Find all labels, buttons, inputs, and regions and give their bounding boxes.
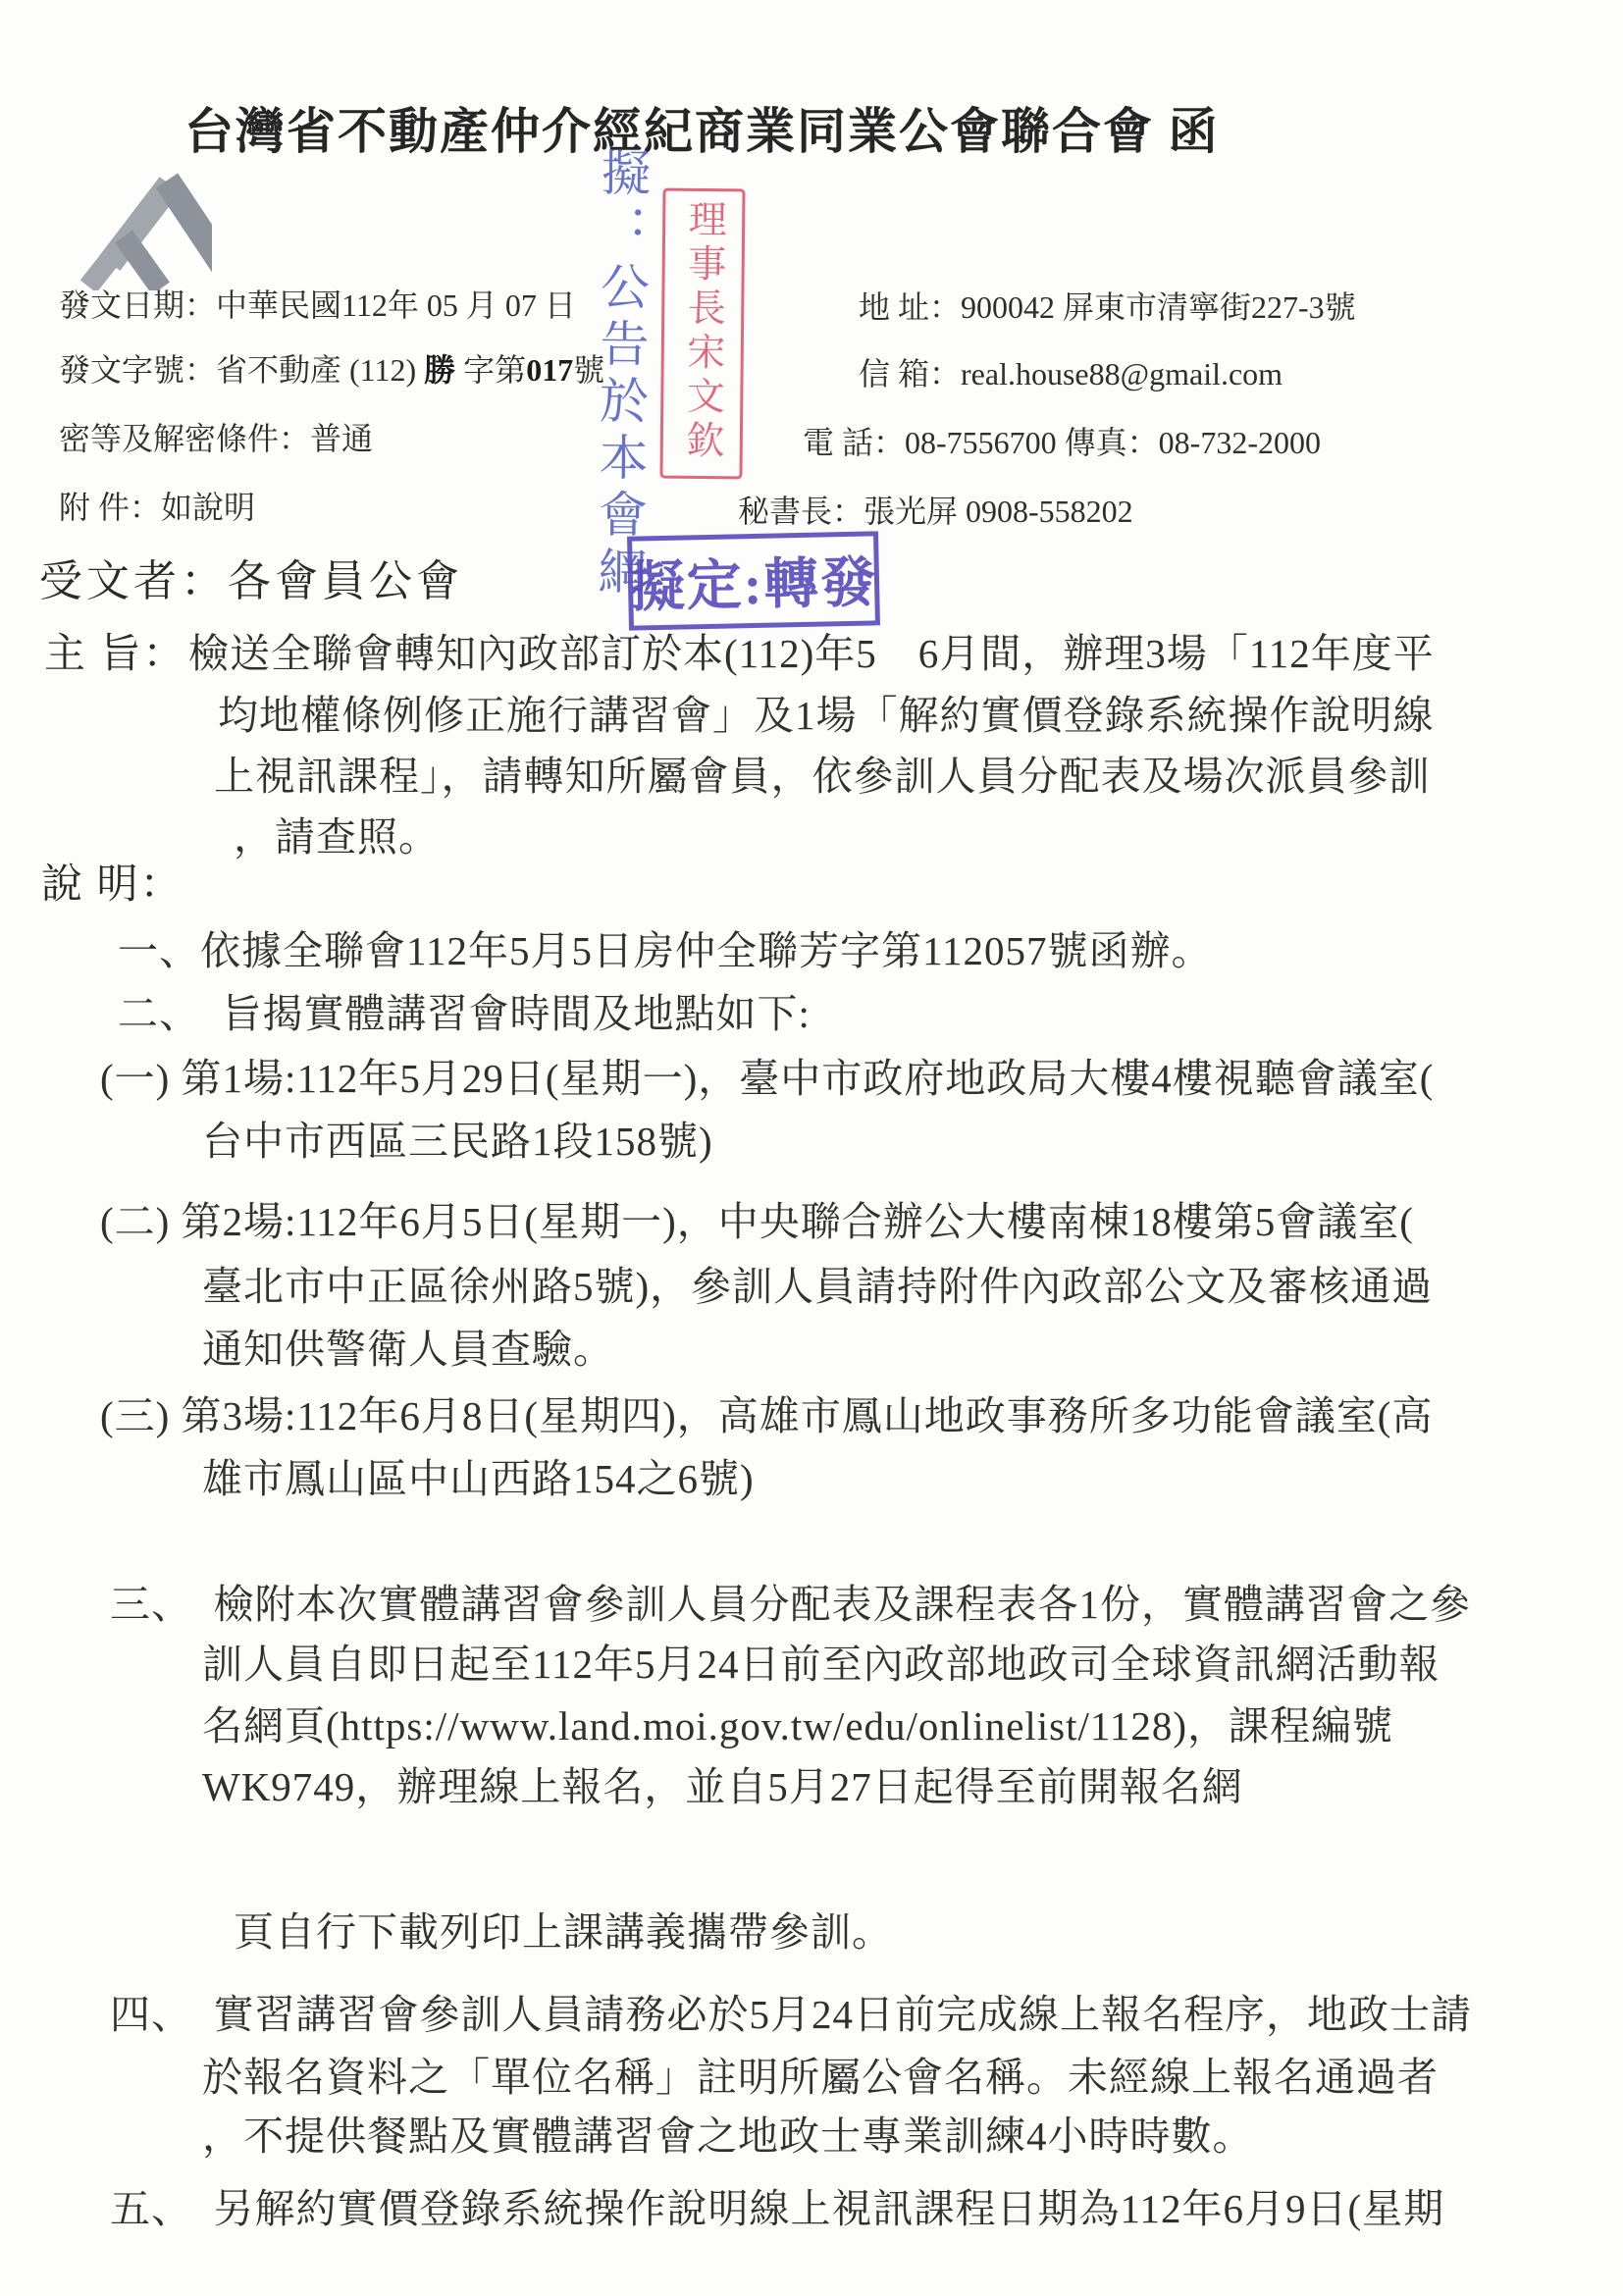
explanation-item-4-line-1: 四、 實習講習會參訓人員請務必於5月24日前完成線上報名程序，地政士請 bbox=[110, 1982, 1472, 2040]
explanation-item-4-line-2: 於報名資料之「單位名稱」註明所屬公會名稱。未經線上報名通過者 bbox=[202, 2045, 1439, 2103]
session-1-line-1: (一) 第1場:112年5月29日(星期一)，臺中市政府地政局大樓4樓視聽會議室… bbox=[100, 1046, 1434, 1104]
meta-issue-date: 發文日期：中華民國112年 05 月 07 日 bbox=[59, 281, 576, 326]
meta-doc-number: 發文字號：省不動產 (112) 勝 字第017號 bbox=[59, 345, 604, 391]
scanned-letter-page: 台灣省不動產仲介經紀商業同業公會聯合會 函 發文日期：中華民國112年 05 月… bbox=[0, 0, 1623, 2296]
subject-line-1: 檢送全聯會轉知內政部訂於本(112)年5 6月間，辦理3場「112年度平 bbox=[188, 621, 1435, 679]
chairman-seal-text: 理事長宋文欽 bbox=[674, 191, 732, 465]
meta-secretary: 秘書長：張光屏 0908-558202 bbox=[738, 487, 1133, 532]
explanation-item-3-line-4: WK9749，辦理線上報名，並自5月27日起得至前開報名網 bbox=[202, 1754, 1243, 1812]
session-1-line-2: 台中市西區三民路1段158號) bbox=[202, 1109, 713, 1167]
classification-label: 密等及解密條件： bbox=[59, 421, 310, 456]
doc-number-seg2: 勝 bbox=[424, 352, 455, 388]
session-2-line-2: 臺北市中正區徐州路5號)，參訓人員請持附件內政部公文及審核通過 bbox=[202, 1254, 1433, 1312]
subject-line-2: 均地權條例修正施行講習會」及1場「解約實價登錄系統操作說明線 bbox=[218, 683, 1435, 741]
explanation-item-4-line-3: ，不提供餐點及實體講習會之地政士專業訓練4小時時數。 bbox=[202, 2104, 1254, 2162]
meta-address: 地 址：900042 屏東市清寧街227-3號 bbox=[859, 283, 1356, 328]
doc-number-seg3: 字第 bbox=[455, 352, 526, 388]
issue-date-value: 中華民國112年 05 月 07 日 bbox=[216, 287, 576, 323]
session-3-line-2: 雄市鳳山區中山西路154之6號) bbox=[202, 1446, 755, 1504]
phone-label: 電 話： bbox=[803, 425, 905, 460]
meta-email: 信 箱：real.house88@gmail.com bbox=[859, 349, 1283, 394]
meta-phone-fax: 電 話：08-7556700 傳真：08-732-2000 bbox=[803, 418, 1321, 463]
session-2-line-3: 通知供警衛人員查驗。 bbox=[202, 1317, 614, 1375]
phone-value: 08-7556700 傳真：08-732-2000 bbox=[905, 425, 1321, 460]
session-2-line-1: (二) 第2場:112年6月5日(星期一)，中央聯合辦公大樓南棟18樓第5會議室… bbox=[100, 1189, 1414, 1247]
attachment-value: 如說明 bbox=[161, 490, 255, 525]
explanation-heading: 說 明： bbox=[41, 852, 183, 911]
association-logo bbox=[75, 143, 212, 290]
email-value: real.house88@gmail.com bbox=[961, 356, 1283, 391]
secretary-label: 秘書長： bbox=[738, 494, 864, 529]
recipient-line: 受文者：各會員公會 bbox=[39, 546, 463, 608]
explanation-item-1: 一、依據全聯會112年5月5日房仲全聯芳字第112057號函辦。 bbox=[118, 918, 1212, 976]
session-3-line-1: (三) 第3場:112年6月8日(星期四)，高雄市鳳山地政事務所多功能會議室(高 bbox=[100, 1383, 1433, 1441]
explanation-item-3-line-3: 名網頁(https://www.land.moi.gov.tw/edu/onli… bbox=[202, 1694, 1393, 1751]
meta-attachment: 附 件：如說明 bbox=[59, 483, 255, 528]
explanation-item-2: 二、 旨揭實體講習會時間及地點如下: bbox=[118, 981, 811, 1039]
classification-value: 普通 bbox=[310, 421, 373, 456]
address-value: 900042 屏東市清寧街227-3號 bbox=[961, 289, 1356, 325]
doc-number-label: 發文字號： bbox=[59, 352, 216, 388]
decision-stamp: 擬定:轉發 bbox=[627, 531, 880, 630]
explanation-item-3-line-5: 頁自行下載列印上課講義攜帶參訓。 bbox=[234, 1900, 893, 1957]
doc-number-seg4: 017 bbox=[526, 352, 573, 388]
email-label: 信 箱： bbox=[859, 356, 961, 391]
explanation-item-5-line-1: 五、 另解約實價登錄系統操作說明線上視訊課程日期為112年6月9日(星期 bbox=[110, 2176, 1444, 2234]
doc-number-seg1: 省不動產 (112) bbox=[216, 352, 424, 388]
issue-date-label: 發文日期： bbox=[59, 287, 216, 323]
meta-classification: 密等及解密條件：普通 bbox=[59, 414, 373, 459]
secretary-value: 張光屏 0908-558202 bbox=[864, 494, 1133, 529]
subject-line-4: ，請查照。 bbox=[234, 805, 440, 862]
subject-label: 主 旨： bbox=[44, 621, 186, 680]
explanation-item-3-line-1: 三、 檢附本次實體講習會參訓人員分配表及課程表各1份，實體講習會之參 bbox=[110, 1572, 1471, 1630]
chairman-seal: 理事長宋文欽 bbox=[659, 188, 745, 480]
explanation-item-3-line-2: 訓人員自即日起至112年5月24日前至內政部地政司全球資訊網活動報 bbox=[202, 1632, 1440, 1690]
logo-right-stroke bbox=[167, 181, 212, 281]
letter-title: 台灣省不動產仲介經紀商業同業公會聯合會 函 bbox=[184, 92, 1220, 163]
address-label: 地 址： bbox=[859, 289, 961, 325]
subject-line-3: 上視訊課程」，請轉知所屬會員，依參訓人員分配表及場次派員參訓 bbox=[214, 744, 1431, 802]
attachment-label: 附 件： bbox=[59, 490, 161, 525]
